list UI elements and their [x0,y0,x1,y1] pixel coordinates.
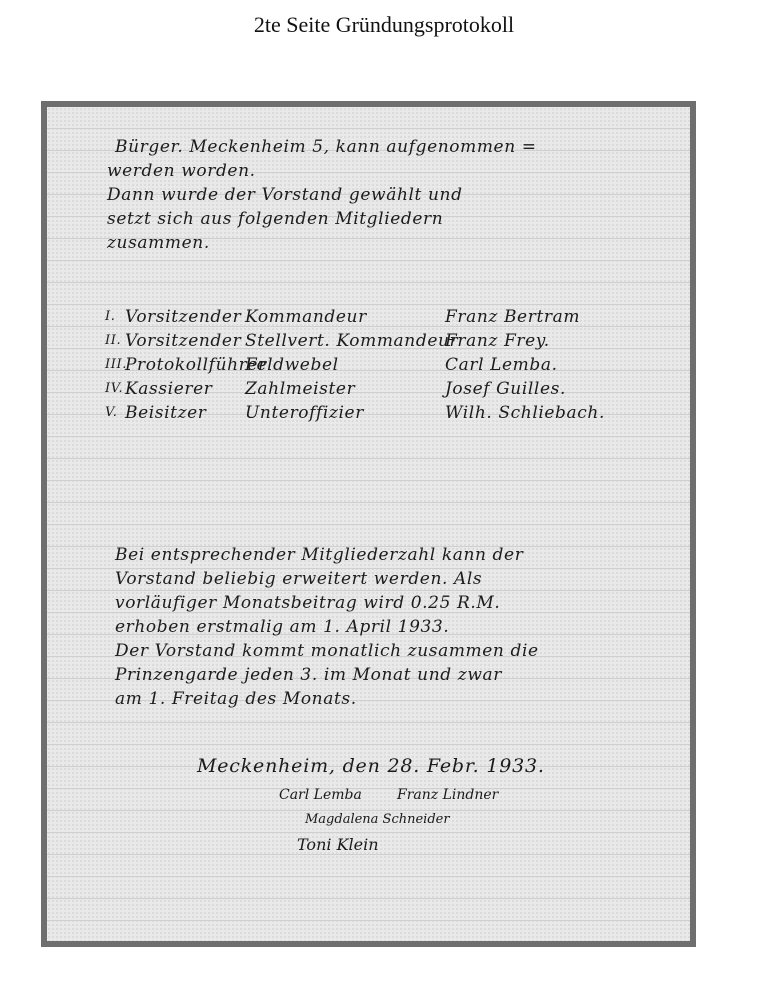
board-row: II. Vorsitzender Stellvert. Kommandeur F… [47,329,690,353]
signature: Magdalena Schneider [305,812,450,827]
text-line: setzt sich aus folgenden Mitgliedern [47,207,690,231]
member-rank: Stellvert. Kommandeur [245,329,445,353]
member-name: Franz Frey. [445,329,625,353]
member-name: Carl Lemba. [445,353,625,377]
text-line: am 1. Freitag des Monats. [47,687,690,711]
row-number: IV. [105,377,125,401]
member-rank: Unteroffizier [245,401,445,425]
signature: Carl Lemba [279,787,362,803]
member-name: Josef Guilles. [445,377,625,401]
member-name: Franz Bertram [445,305,625,329]
document-frame: Bürger. Meckenheim 5, kann aufgenommen =… [41,101,696,947]
text-line: Bei entsprechender Mitgliederzahl kann d… [47,543,690,567]
member-role: Beisitzer [125,401,245,425]
closing-paragraph: Bei entsprechender Mitgliederzahl kann d… [47,543,690,711]
signature: Toni Klein [297,835,379,854]
text-line: erhoben erstmalig am 1. April 1933. [47,615,690,639]
member-name: Wilh. Schliebach. [445,401,625,425]
handwritten-page: Bürger. Meckenheim 5, kann aufgenommen =… [47,107,690,941]
row-number: V. [105,401,125,425]
signature: Franz Lindner [397,787,498,803]
text-line: Vorstand beliebig erweitert werden. Als [47,567,690,591]
member-role: Protokollführer [125,353,245,377]
text-line: vorläufiger Monatsbeitrag wird 0.25 R.M. [47,591,690,615]
text-line: Der Vorstand kommt monatlich zusammen di… [47,639,690,663]
row-number: II. [105,329,125,353]
page-title: 2te Seite Gründungsprotokoll [0,12,768,38]
text-line: Dann wurde der Vorstand gewählt und [47,183,690,207]
row-number: III. [105,353,125,377]
text-line: zusammen. [47,231,690,255]
row-number: I. [105,305,125,329]
opening-paragraph: Bürger. Meckenheim 5, kann aufgenommen =… [47,135,690,255]
place-and-date: Meckenheim, den 28. Febr. 1933. [197,755,545,777]
member-role: Vorsitzender [125,305,245,329]
text-line: werden worden. [47,159,690,183]
text-line: Bürger. Meckenheim 5, kann aufgenommen = [47,135,690,159]
member-rank: Feldwebel [245,353,445,377]
board-row: V. Beisitzer Unteroffizier Wilh. Schlieb… [47,401,690,425]
member-rank: Zahlmeister [245,377,445,401]
board-row: IV. Kassierer Zahlmeister Josef Guilles. [47,377,690,401]
board-row: I. Vorsitzender Kommandeur Franz Bertram [47,305,690,329]
board-row: III. Protokollführer Feldwebel Carl Lemb… [47,353,690,377]
text-line: Prinzengarde jeden 3. im Monat und zwar [47,663,690,687]
member-role: Vorsitzender [125,329,245,353]
member-rank: Kommandeur [245,305,445,329]
member-role: Kassierer [125,377,245,401]
board-members-list: I. Vorsitzender Kommandeur Franz Bertram… [47,305,690,425]
